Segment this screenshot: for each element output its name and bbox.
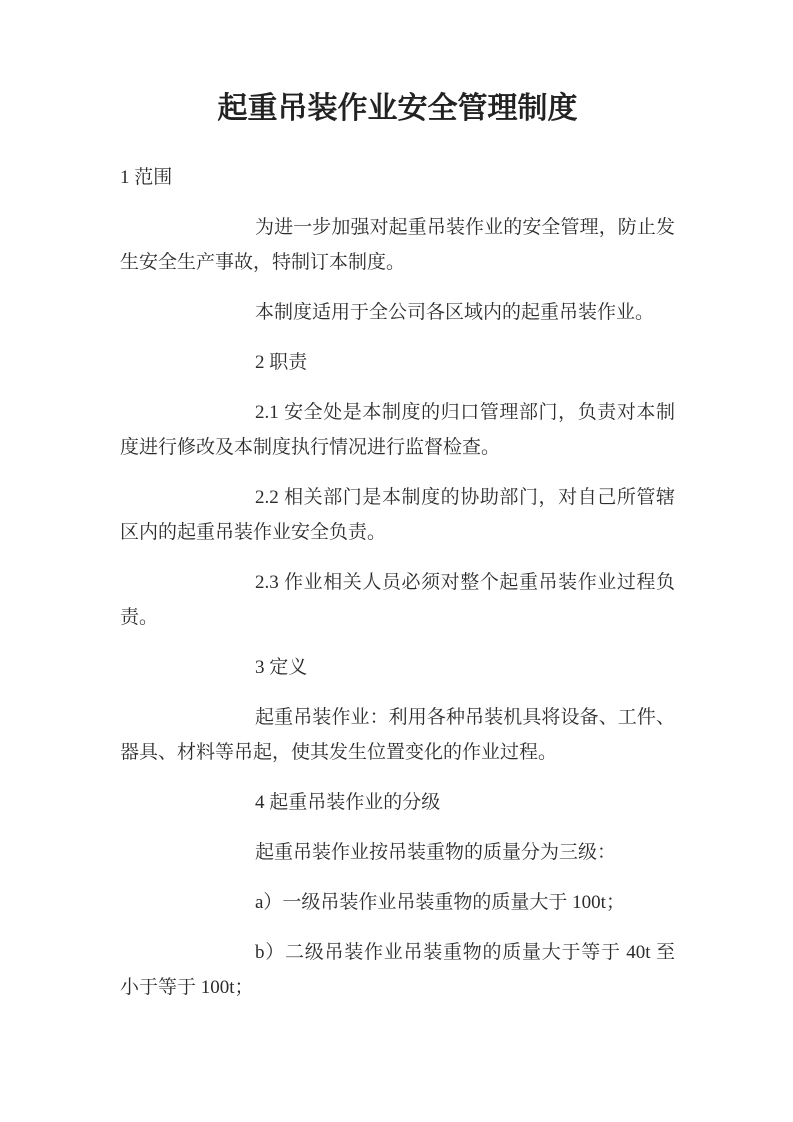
body-paragraph-duty-2-1: 2.1 安全处是本制度的归口管理部门，负责对本制度进行修改及本制度执行情况进行监… (120, 395, 675, 465)
section-heading-duties: 2 职责 (120, 345, 675, 380)
list-item-grade-a: a）一级吊装作业吊装重物的质量大于 100t； (120, 885, 675, 920)
body-paragraph-duty-2-3: 2.3 作业相关人员必须对整个起重吊装作业过程负责。 (120, 565, 675, 635)
document-title: 起重吊装作业安全管理制度 (120, 88, 675, 130)
section-heading-scope: 1 范围 (120, 160, 675, 195)
body-paragraph-grading-intro: 起重吊装作业按吊装重物的质量分为三级： (120, 835, 675, 870)
body-paragraph-definition: 起重吊装作业：利用各种吊装机具将设备、工件、器具、材料等吊起，使其发生位置变化的… (120, 700, 675, 770)
list-item-grade-b: b）二级吊装作业吊装重物的质量大于等于 40t 至小于等于 100t； (120, 935, 675, 1005)
body-paragraph-duty-2-2: 2.2 相关部门是本制度的协助部门，对自己所管辖区内的起重吊装作业安全负责。 (120, 480, 675, 550)
body-paragraph-purpose: 为进一步加强对起重吊装作业的安全管理，防止发生安全生产事故，特制订本制度。 (120, 210, 675, 280)
document-page: 起重吊装作业安全管理制度 1 范围 为进一步加强对起重吊装作业的安全管理，防止发… (0, 0, 793, 1122)
section-heading-definition: 3 定义 (120, 650, 675, 685)
section-heading-grading: 4 起重吊装作业的分级 (120, 785, 675, 820)
body-paragraph-applicability: 本制度适用于全公司各区域内的起重吊装作业。 (120, 295, 675, 330)
